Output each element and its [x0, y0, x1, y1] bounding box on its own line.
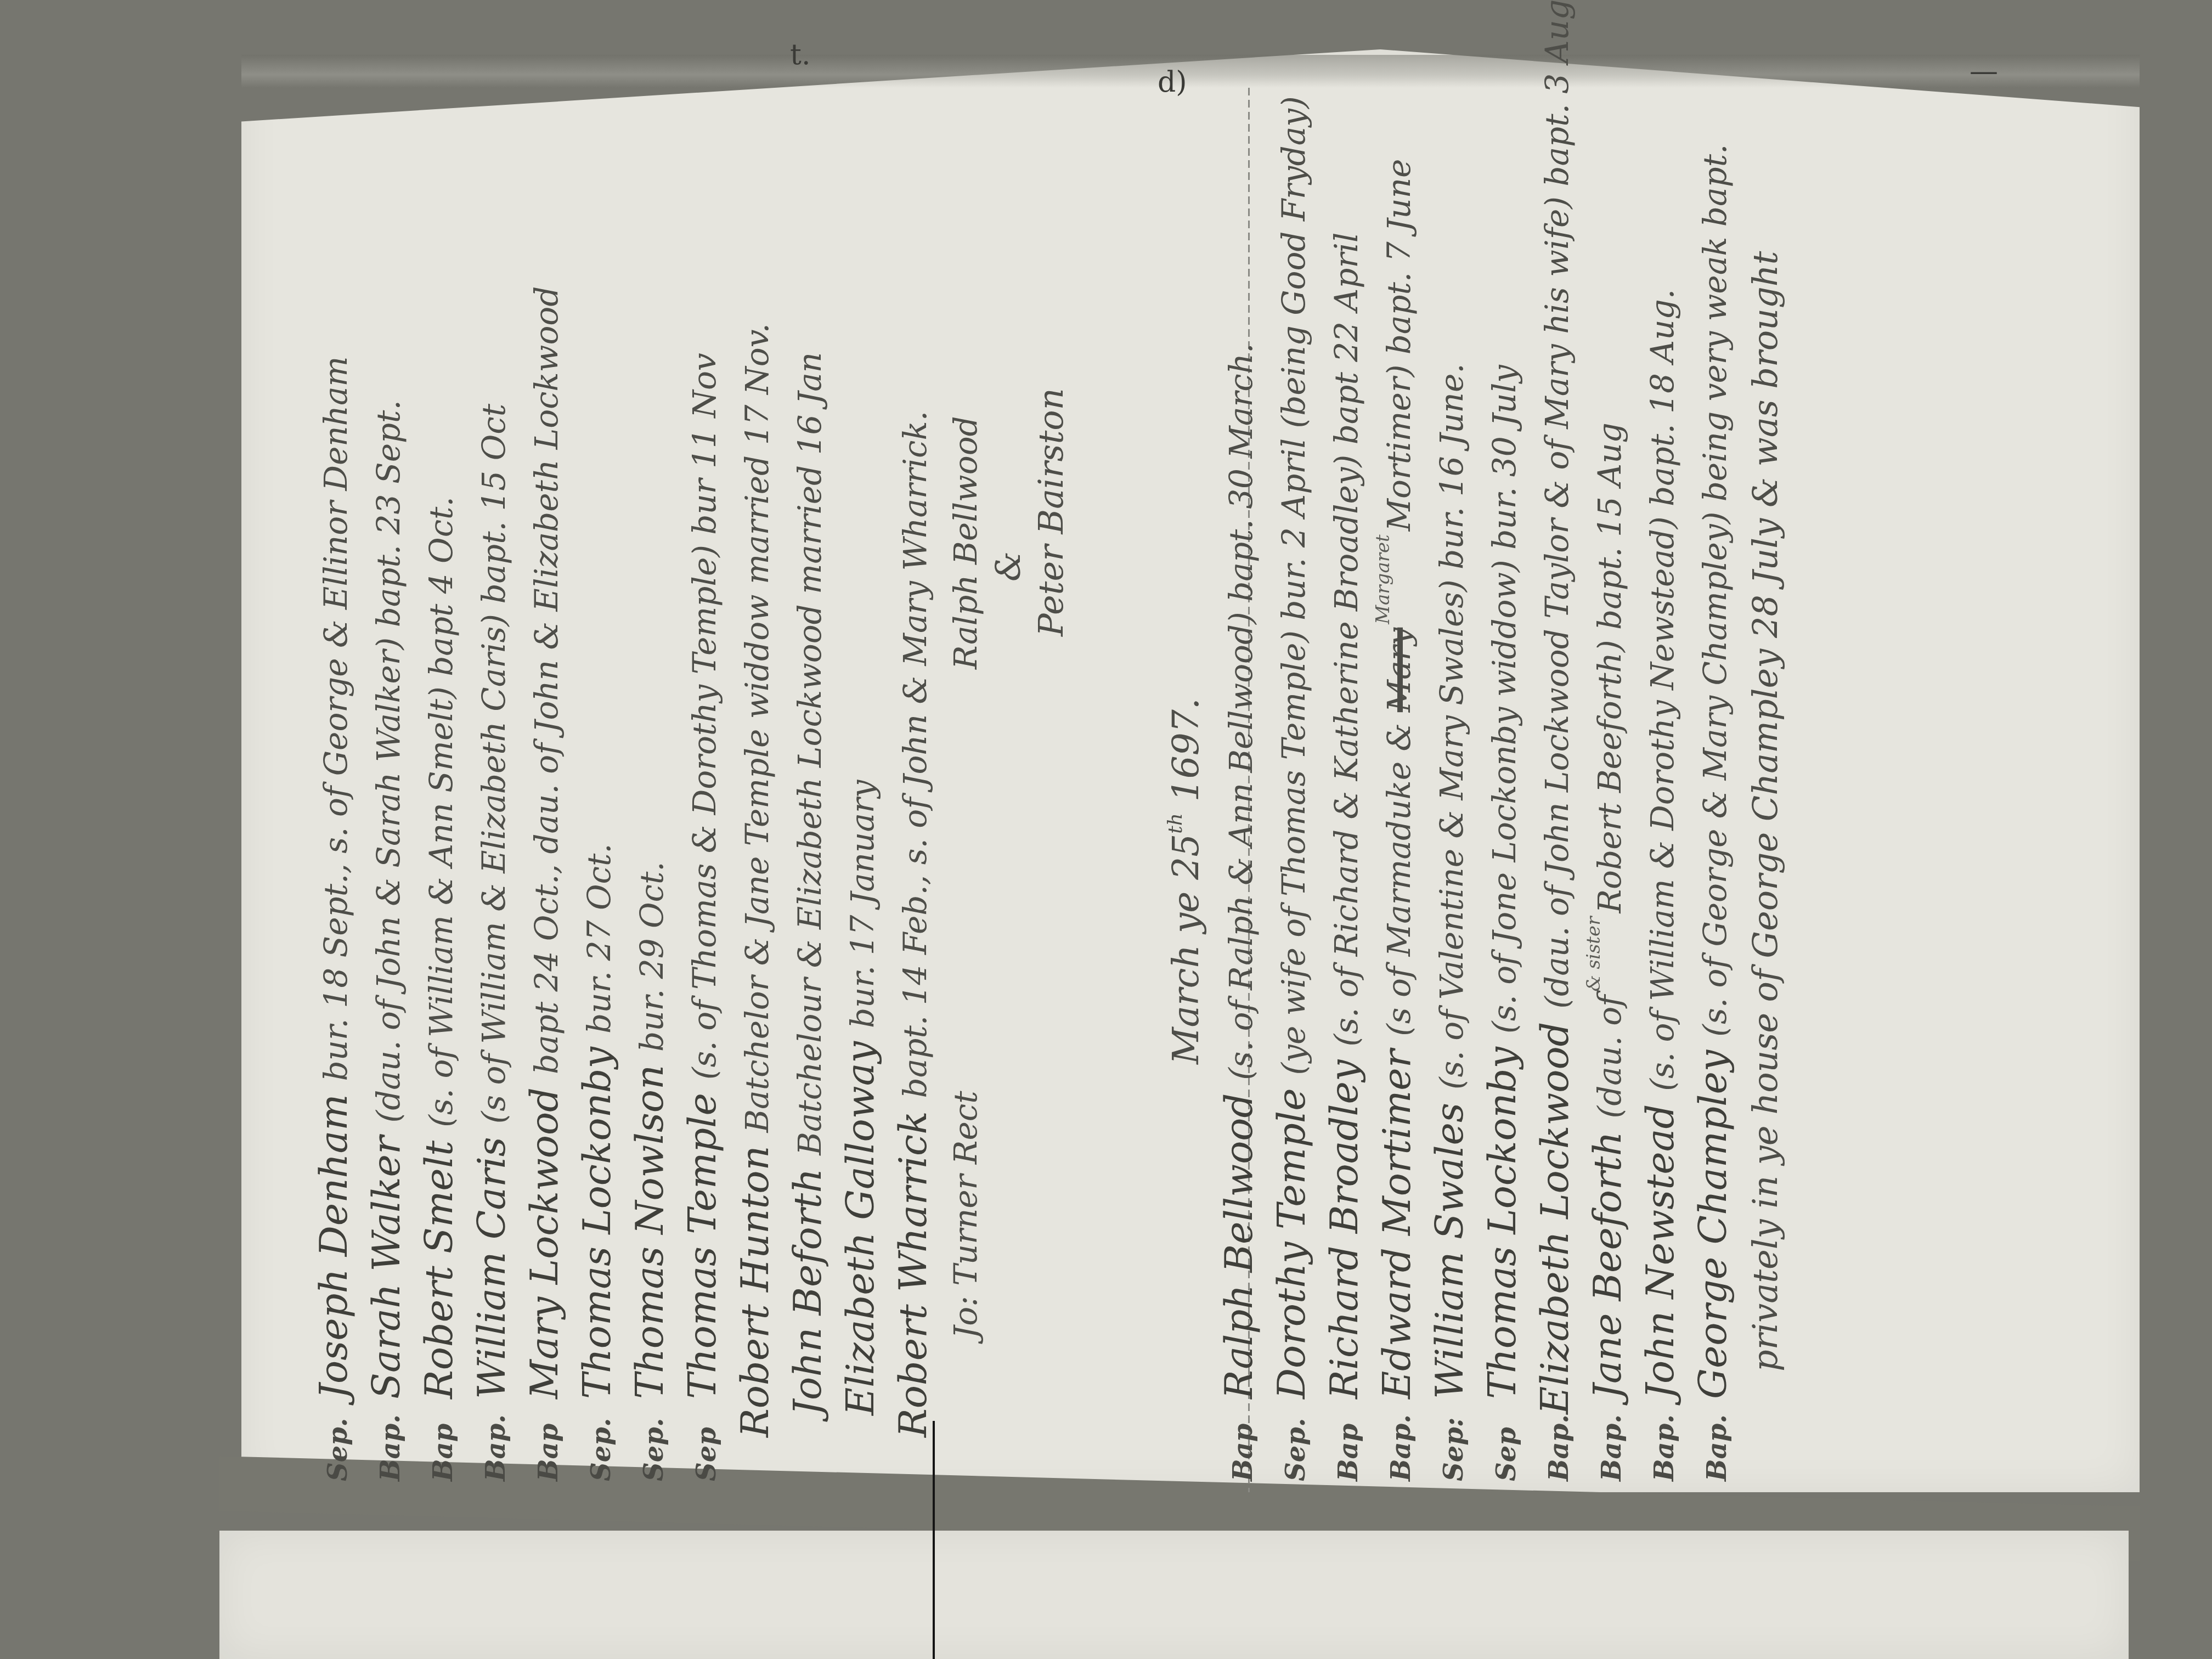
- entry-type: Bap: [417, 1399, 470, 1481]
- entry-type: Sep: [1480, 1399, 1533, 1481]
- entry-details: Batchelour & Elizabeth Lockwood married …: [783, 352, 836, 1155]
- entry-type: Bap: [522, 1399, 575, 1481]
- register-text: Sep.Joseph Denhambur. 18 Sept., s. of Ge…: [307, 77, 2140, 1481]
- entry: BapRichard Broadley(s. of Richard & Kath…: [1318, 77, 1370, 1481]
- entry-type: Bap: [1217, 1399, 1269, 1481]
- entry-name: Edward Mortimer: [1370, 1049, 1423, 1399]
- entry: SepThomas Lockonby(s. of Jone Lockonby w…: [1476, 77, 1528, 1481]
- entry-type: Sep.: [575, 1399, 628, 1481]
- marriage-entry: Robert HuntonBatchelor & Jane Temple wid…: [729, 77, 781, 1481]
- edge-mark: —: [1970, 55, 1998, 77]
- entry-details: Batchelor & Jane Temple widdow married 1…: [731, 323, 783, 1132]
- entry-name: Dorothy Temple: [1265, 1088, 1318, 1399]
- entry-details: (s. of William & Dorothy Newstead) bapt.…: [1636, 289, 1689, 1091]
- entry-details: (s of William & Elizabeth Caris) bapt. 1…: [467, 404, 520, 1124]
- entry: Bap.William Caris(s of William & Elizabe…: [465, 77, 518, 1481]
- entry-name: John Newstead: [1634, 1104, 1686, 1399]
- entry-type: Bap.: [1691, 1399, 1743, 1481]
- entry-name: Joseph Denham: [307, 1094, 360, 1399]
- entry-name: John Beforth: [781, 1169, 834, 1415]
- entry-type: Bap.: [1585, 1399, 1638, 1481]
- entry-type: Bap.: [1375, 1399, 1427, 1481]
- warden-signature: Ralph Bellwood: [939, 416, 992, 735]
- entry-type: Sep.: [1269, 1399, 1322, 1481]
- entry-details: (dau. of John & Sarah Walker) bapt. 23 S…: [362, 400, 415, 1122]
- interlinear-correction: Margaret: [1357, 534, 1409, 624]
- entry-details: Mortimer) bapt. 7 June: [1373, 159, 1425, 532]
- entry-details: (s. of Thomas & Dorothy Temple) bur 11 N…: [678, 353, 731, 1080]
- entry-details: (dau. of: [1583, 995, 1636, 1118]
- entry: Bap.Sarah Walker(dau. of John & Sarah Wa…: [360, 77, 413, 1481]
- entry: Elizabeth Gallowaybur. 17 January: [834, 77, 887, 1481]
- entry: Bap.Jane Beeforth(dau. of& sisterRobert …: [1581, 77, 1634, 1481]
- entry-details: (dau. of John Lockwood Taylor & of Mary …: [1531, 0, 1583, 1009]
- entry-details: bur. 29 Oct.: [625, 861, 678, 1052]
- entry: Bap.Elizabeth Lockwood(dau. of John Lock…: [1528, 77, 1581, 1481]
- entry-type: Bap: [1322, 1399, 1375, 1481]
- entry-name: Sarah Walker: [360, 1136, 413, 1399]
- entry: Sep:William Swales(s. of Valentine & Mar…: [1423, 77, 1476, 1481]
- entry-details: (ye wife of Thomas Temple) bur. 2 April …: [1267, 96, 1320, 1075]
- entry-details: Robert Beeforth) bapt. 15 Aug: [1583, 422, 1636, 913]
- entry: Sep.Joseph Denhambur. 18 Sept., s. of Ge…: [307, 77, 360, 1481]
- entry: Bap.George Champley(s. of George & Mary …: [1686, 77, 1739, 1481]
- entry-details: bapt 24 Oct., dau. of John & Elizabeth L…: [520, 286, 573, 1074]
- entry-type: Bap.: [1638, 1399, 1691, 1481]
- entry-type: Bap.: [364, 1399, 417, 1481]
- rector-signature: Jo: Turner Rect: [939, 735, 992, 1481]
- entry-details: (s. of George & Mary Champley) being ver…: [1689, 144, 1741, 1037]
- interlinear-insertion: & sister: [1567, 917, 1620, 992]
- entry-name: Robert Hunton: [729, 1146, 781, 1438]
- entry-type: Sep:: [1427, 1399, 1480, 1481]
- entry: SepThomas Temple(s. of Thomas & Dorothy …: [676, 77, 729, 1481]
- entry: Sep.Dorothy Temple(ye wife of Thomas Tem…: [1265, 77, 1318, 1481]
- entry-details: (s. of Jone Lockonby widdow) bur. 30 Jul…: [1478, 365, 1531, 1034]
- signature-ampersand: &: [992, 77, 1025, 1481]
- entry-name: Elizabeth Galloway: [834, 1041, 887, 1415]
- entry-name: Elizabeth Lockwood: [1528, 1022, 1581, 1414]
- entry-type: Sep.: [312, 1399, 364, 1481]
- entry-details: (s. of Ralph & Ann Bellwood) bapt. 30 Ma…: [1215, 343, 1267, 1080]
- entry-type: Bap.: [1533, 1414, 1585, 1481]
- entry: BapRalph Bellwood(s. of Ralph & Ann Bell…: [1212, 77, 1265, 1481]
- heading-date: March ye 25: [1160, 834, 1212, 1064]
- entry-continuation: privately in ye house of George Champley…: [1739, 77, 1792, 1481]
- entry-name: Thomas Lockonby: [571, 1047, 623, 1399]
- entry: Bap.John Newstead(s. of William & Doroth…: [1634, 77, 1686, 1481]
- entry-name: Ralph Bellwood: [1212, 1093, 1265, 1399]
- entry-name: George Champley: [1686, 1050, 1739, 1399]
- next-page-edge: [219, 1531, 2129, 1659]
- marriage-entry: John BeforthBatchelour & Elizabeth Lockw…: [781, 77, 834, 1481]
- entry-type: Bap.: [470, 1399, 522, 1481]
- entry-details: bur. 27 Oct.: [573, 843, 625, 1034]
- heading-year: 1697.: [1160, 698, 1212, 802]
- entry-name: William Caris: [465, 1137, 518, 1399]
- entry-details: (s of Marmaduke &: [1373, 723, 1425, 1036]
- section-heading: March ye 25th 1697.: [1160, 77, 1212, 1481]
- heading-ordinal: th: [1149, 813, 1202, 834]
- entry-name: Robert Smelt: [413, 1141, 465, 1399]
- entry: BapRobert Smelt(s. of William & Ann Smel…: [413, 77, 465, 1481]
- warden-signature: Peter Bairston: [1025, 77, 1077, 1481]
- entry-name: Thomas Nowlson: [623, 1065, 676, 1399]
- entry: Sep.Thomas Nowlsonbur. 29 Oct.: [623, 77, 676, 1481]
- entry: Sep.Thomas Lockonbybur. 27 Oct.: [571, 77, 623, 1481]
- entry-name: Jane Beeforth: [1581, 1131, 1634, 1399]
- entry-details: bur. 17 January: [836, 780, 889, 1028]
- entry: Robert Wharrickbapt. 14 Feb., s. of John…: [887, 77, 939, 1481]
- entry-details: (s. of William & Ann Smelt) bapt 4 Oct.: [415, 496, 467, 1127]
- entry: Bap.Edward Mortimer(s of Marmaduke & Mar…: [1370, 77, 1423, 1481]
- entry-details: (s. of Valentine & Mary Swales) bur. 16 …: [1425, 363, 1478, 1090]
- edge-mark: t.: [790, 38, 810, 60]
- entry-type: Sep.: [628, 1399, 680, 1481]
- entry-name: Mary Lockwood: [518, 1087, 571, 1399]
- entry-name: Richard Broadley: [1318, 1059, 1370, 1399]
- entry-type: Sep: [680, 1399, 733, 1481]
- entry: BapMary Lockwoodbapt 24 Oct., dau. of Jo…: [518, 77, 571, 1481]
- entry-details: bur. 18 Sept., s. of George & Ellinor De…: [309, 356, 362, 1081]
- section-gap: [1077, 77, 1160, 1481]
- entry-name: William Swales: [1423, 1103, 1476, 1399]
- entry-name: Thomas Temple: [676, 1093, 729, 1399]
- entry-name: Robert Wharrick: [887, 1111, 939, 1437]
- entry-name: Thomas Lockonby: [1476, 1047, 1528, 1399]
- entry-details: bapt. 14 Feb., s. of John & Mary Wharric…: [889, 411, 941, 1098]
- struck-word: Mary: [1373, 628, 1425, 712]
- entry-details: (s. of Richard & Katherine Broadley) bap…: [1320, 233, 1373, 1047]
- signature-line: Jo: Turner Rect Ralph Bellwood: [939, 77, 992, 1481]
